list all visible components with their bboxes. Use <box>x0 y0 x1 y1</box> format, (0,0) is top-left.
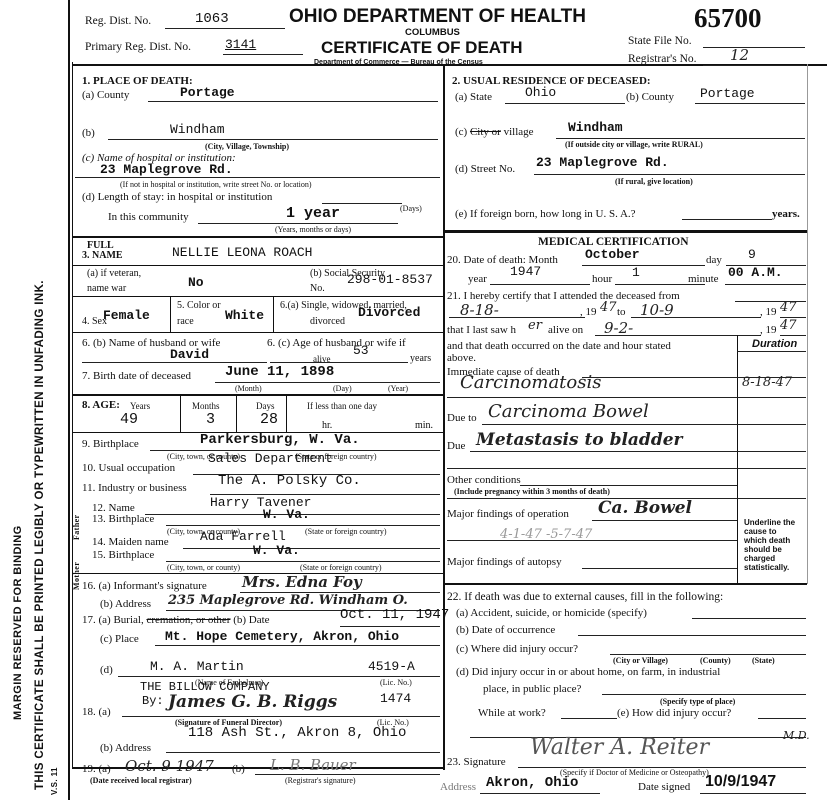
form-left-border <box>68 0 70 800</box>
burial-place-label: (c) Place <box>100 633 139 645</box>
burial-place: Mt. Hope Cemetery, Akron, Ohio <box>165 630 399 644</box>
immediate-cause-line-2 <box>447 397 806 398</box>
age-days-value: 28 <box>260 413 278 427</box>
mother-state-caption: (State or foreign country) <box>300 563 382 572</box>
death-city-caption: (City, Village, Township) <box>205 142 289 151</box>
rule-medical-end <box>445 583 807 585</box>
mother-birthplace-line <box>166 561 440 562</box>
occupation-value: Sales Department <box>208 452 333 466</box>
birth-date: June 11, 1898 <box>225 365 334 379</box>
birthplace-value: Parkersburg, W. Va. <box>200 433 360 447</box>
form-left-inner-border <box>72 62 73 767</box>
occupation-label: 10. Usual occupation <box>82 462 175 474</box>
community-caption: (Years, months or days) <box>275 225 351 234</box>
res-county-value: Portage <box>700 87 755 101</box>
registrar-line <box>703 65 805 66</box>
father-birthplace-label: 13. Birthplace <box>92 513 154 525</box>
sex-value: Female <box>103 309 150 323</box>
due-to-2-line <box>470 451 806 452</box>
embalmer-license: 4519-A <box>368 660 415 674</box>
mother-name-label: 14. Maiden name <box>92 536 169 548</box>
res-state-value: Ohio <box>525 86 556 100</box>
place-of-death-heading: 1. PLACE OF DEATH: <box>82 75 193 87</box>
death-county-line <box>148 101 438 102</box>
full-name: NELLIE LEONA ROACH <box>172 246 312 260</box>
mother-birthplace-label: 15. Birthplace <box>92 549 154 561</box>
rule-sex <box>170 296 171 332</box>
duration-column-border <box>737 335 738 583</box>
industry-value: The A. Polsky Co. <box>218 474 361 488</box>
funeral-director-line <box>122 716 440 717</box>
external-a-line <box>692 618 806 619</box>
due-to-label: Due to <box>447 412 477 424</box>
death-year-line <box>490 284 590 285</box>
immediate-duration: 8-18-47 <box>742 375 792 391</box>
dept-title: OHIO DEPARTMENT OF HEALTH <box>289 6 586 28</box>
age-hr-label: hr. <box>322 420 332 432</box>
physician-sig-label: 23. Signature <box>447 756 506 768</box>
father-group-label: Father <box>72 514 81 540</box>
physician-date-label: Date signed <box>638 781 690 793</box>
death-city-label: (b) <box>82 127 95 139</box>
external-c-state: (State) <box>752 656 775 665</box>
operation-line <box>592 520 737 521</box>
operation-label: Major findings of operation <box>447 508 569 520</box>
father-birthplace-value: W. Va. <box>263 508 310 522</box>
res-county-line <box>695 103 805 104</box>
res-city-value: Windham <box>568 121 623 135</box>
duration-header-line <box>737 351 806 352</box>
hospital-value: 23 Maplegrove Rd. <box>100 163 233 177</box>
res-city-label: (c) City or village <box>455 126 534 138</box>
mother-city-caption: (City, town, or county) <box>167 563 240 572</box>
age-min-label: min. <box>415 420 433 432</box>
res-state-label: (a) State <box>455 91 492 103</box>
attended-to-label: to <box>617 306 626 318</box>
other-conditions-line <box>520 485 737 486</box>
birthplace-label: 9. Birthplace <box>82 438 139 450</box>
underline-note: Underline the cause to which death shoul… <box>744 518 800 572</box>
mother-name-line <box>183 548 440 549</box>
external-how-label: (e) How did injury occur? <box>617 707 731 719</box>
informant-addr-label: (b) Address <box>100 598 151 610</box>
physician-date-signed: 10/9/1947 <box>705 773 776 791</box>
attended-from-year: 47 <box>600 300 617 316</box>
mother-birthplace-value: W. Va. <box>253 544 300 558</box>
death-county-value: Portage <box>180 86 235 100</box>
due-to: Carcinoma Bowel <box>488 404 649 420</box>
veteran-label-1: (a) if veteran, <box>87 268 141 280</box>
rule-age-2 <box>236 396 237 432</box>
spouse-value: David <box>170 348 209 362</box>
physician-signature: Walter A. Reiter <box>530 740 709 756</box>
external-d-label-2: place, in public place? <box>483 683 581 695</box>
rule-veteran <box>72 296 444 297</box>
informant-signature: Mrs. Edna Foy <box>242 574 362 590</box>
attended-to-year: 47 <box>780 300 797 316</box>
last-saw-year: 47 <box>780 318 797 334</box>
physician-md: M.D. <box>783 728 810 744</box>
days-caption: (Days) <box>400 204 422 213</box>
community-label: In this community <box>108 211 189 223</box>
hospital-line <box>75 177 440 178</box>
due-to-2: Metastasis to bladder <box>476 432 682 448</box>
foreign-label: (e) If foreign born, how long in U. S. A… <box>455 208 636 220</box>
embalmer-lic-caption: (Lic. No.) <box>380 678 412 687</box>
name-label: 3. NAME <box>82 250 123 262</box>
external-d-caption: (Specify type of place) <box>660 697 735 706</box>
burial-place-line <box>155 645 440 646</box>
reg-dist-value: 1063 <box>195 12 229 26</box>
external-c-line <box>610 654 806 655</box>
rule-age-1 <box>180 396 181 432</box>
rule-sex-row <box>72 332 444 333</box>
funeral-address: 118 Ash St., Akron 8, Ohio <box>188 726 406 740</box>
res-street-value: 23 Maplegrove Rd. <box>536 156 669 170</box>
funeral-director-license: 1474 <box>380 692 411 706</box>
funeral-by-label: By: <box>142 694 164 708</box>
death-year-label: year <box>468 273 487 285</box>
physician-sig-caption: (Specify if Doctor of Medicine or Osteop… <box>560 768 709 777</box>
death-hour: 1 <box>632 266 640 280</box>
last-saw-date: 9-2- <box>604 320 633 336</box>
death-minute-line <box>725 284 806 285</box>
ssn-value: 298-01-8537 <box>347 273 433 287</box>
operation-findings: Ca. Bowel <box>598 500 692 516</box>
spouse-line <box>82 362 267 363</box>
burial-date: Oct. 11, 1947 <box>340 608 449 622</box>
mother-group-label: Mother <box>72 562 81 590</box>
spouse-age-value: 53 <box>353 344 369 358</box>
autopsy-label: Major findings of autopsy <box>447 556 562 568</box>
marital-label-2: divorced <box>310 316 345 328</box>
certificate-number: 65700 <box>694 3 762 34</box>
autopsy-line <box>582 568 737 569</box>
birth-day-caption: (Day) <box>333 384 352 393</box>
community-line <box>198 223 398 224</box>
external-d-label-1: (d) Did injury occur in or about home, o… <box>456 666 720 678</box>
certificate-subtitle: Department of Commerce — Bureau of the C… <box>314 59 483 66</box>
external-c-label: (c) Where did injury occur? <box>456 643 578 655</box>
external-work-label: While at work? <box>478 707 546 719</box>
res-state-line <box>505 103 625 104</box>
death-minute-label: minute <box>688 273 719 285</box>
death-month: October <box>585 248 640 262</box>
funeral-director-signature: James G. B. Riggs <box>168 694 337 710</box>
res-city-line <box>556 138 805 139</box>
informant-sig-label: 16. (a) Informant's signature <box>82 580 207 592</box>
age-months-value: 3 <box>206 413 215 427</box>
external-d-line <box>602 694 806 695</box>
reg-dist-line <box>165 28 285 29</box>
state-file-label: State File No. <box>628 35 692 47</box>
external-a-label: (a) Accident, suicide, or homicide (spec… <box>456 607 647 619</box>
color-label-2: race <box>177 316 194 328</box>
registrar-date-label: 19. (a) <box>82 763 111 775</box>
state-file-line <box>703 47 805 48</box>
father-state-caption: (State or foreign country) <box>305 527 387 536</box>
res-city-caption: (If outside city or village, write RURAL… <box>565 140 703 149</box>
burial-label: 17. (a) Burial, cremation, or other (b) … <box>82 614 270 626</box>
physician-address: Akron, Ohio <box>486 776 578 790</box>
death-hour-label: hour <box>592 273 612 285</box>
right-edge-rule <box>807 64 808 584</box>
attended-from: 8-18- <box>460 302 499 318</box>
embalmer-line <box>118 676 440 677</box>
last-saw-pronoun: er <box>528 318 542 334</box>
attended-from-year-prefix: , 19 <box>580 306 597 318</box>
birth-year-caption: (Year) <box>388 384 408 393</box>
margin-note-ink: THIS CERTIFICATE SHALL BE PRINTED LEGIBL… <box>34 280 46 790</box>
stay-label: (d) Length of stay: in hospital or insti… <box>82 191 272 203</box>
death-month-line <box>582 265 705 266</box>
rule-birth <box>72 394 444 396</box>
form-code: V.S. 11 <box>50 767 59 795</box>
veteran-value: No <box>188 276 204 290</box>
attended-to: 10-9 <box>640 302 674 318</box>
hospital-caption: (If not in hospital or institution, writ… <box>120 180 312 189</box>
alive-on-label: alive on <box>548 324 583 336</box>
attended-to-year-prefix: , 19 <box>760 306 777 318</box>
primary-reg-line <box>223 54 303 55</box>
form-center-divider <box>443 64 445 770</box>
funeral-addr-line <box>166 752 440 753</box>
death-city-line <box>108 139 438 140</box>
external-heading: 22. If death was due to external causes,… <box>447 591 723 603</box>
father-birthplace-line <box>166 525 440 526</box>
last-saw-year-prefix: , 19 <box>760 324 777 336</box>
birth-month-caption: (Month) <box>235 384 262 393</box>
reg-dist-label: Reg. Dist. No. <box>85 15 151 27</box>
death-year: 1947 <box>510 265 541 279</box>
res-street-label: (d) Street No. <box>455 163 515 175</box>
rule-color <box>273 296 274 332</box>
registrar-sig-line <box>255 774 440 775</box>
spouse-age-label: 6. (c) Age of husband or wife if <box>267 337 406 349</box>
due-spacer-line <box>447 468 806 469</box>
color-value: White <box>225 309 264 323</box>
community-value: 1 year <box>286 207 340 221</box>
margin-note-binding: MARGIN RESERVED FOR BINDING <box>12 525 24 720</box>
death-date-label: 20. Date of death: Month <box>447 254 558 266</box>
physician-addr-line <box>480 793 600 794</box>
rule-age-3 <box>286 396 287 432</box>
embalmer-label: (d) <box>100 664 113 676</box>
funeral-addr-label: (b) Address <box>100 742 151 754</box>
external-work-line <box>561 718 617 719</box>
due-to-2-label: Due <box>447 440 465 452</box>
occurred-label-1: and that death occurred on the date and … <box>447 340 671 352</box>
section-rule-2 <box>445 230 807 233</box>
primary-reg-label: Primary Reg. Dist. No. <box>85 41 191 53</box>
rule-name <box>72 265 444 266</box>
binding-margin: MARGIN RESERVED FOR BINDING THIS CERTIFI… <box>0 0 62 800</box>
res-county-label: (b) County <box>626 91 674 103</box>
primary-reg-value: 3141 <box>225 38 256 52</box>
physician-date-line <box>700 793 806 794</box>
certificate-title: CERTIFICATE OF DEATH <box>321 38 522 58</box>
color-label-1: 5. Color or <box>177 300 221 312</box>
spouse-years-label: years <box>410 353 431 365</box>
foreign-line <box>682 219 772 220</box>
ssn-label-2: No. <box>310 283 325 295</box>
due-to-line <box>482 424 806 425</box>
birth-line <box>215 382 440 383</box>
external-b-line <box>578 635 806 636</box>
age-less-label: If less than one day <box>307 400 377 412</box>
death-county-label: (a) County <box>82 89 129 101</box>
death-day-label: day <box>706 254 722 266</box>
death-minute: 00 A.M. <box>728 266 783 280</box>
age-label: 8. AGE: <box>82 399 120 411</box>
burial-date-line <box>340 626 440 627</box>
birth-label: 7. Birth date of deceased <box>82 370 191 382</box>
veteran-label-2: name war <box>87 283 126 295</box>
immediate-cause: Carcinomatosis <box>460 375 601 391</box>
operation-rule <box>447 540 737 541</box>
res-street-caption: (If rural, give location) <box>615 177 693 186</box>
section-rule-1 <box>72 236 444 238</box>
external-how-line <box>758 718 806 719</box>
res-street-line <box>534 174 805 175</box>
foreign-years-label: years. <box>772 208 800 220</box>
registrar-sig-label: (b) <box>232 763 245 775</box>
occurred-label-2: above. <box>447 352 476 364</box>
other-conditions-caption: (Include pregnancy within 3 months of de… <box>454 487 610 496</box>
dept-city: COLUMBUS <box>405 27 460 38</box>
last-saw-year-line <box>780 335 806 336</box>
external-b-label: (b) Date of occurrence <box>456 624 555 636</box>
registrar-date-caption: (Date received local registrar) <box>90 776 192 785</box>
mother-name-value: Ada Farrell <box>200 530 286 544</box>
funeral-label: 18. (a) <box>82 706 111 718</box>
death-day: 9 <box>748 248 756 262</box>
stay-hospital-line <box>322 203 402 204</box>
registrar-label: Registrar's No. <box>628 53 697 65</box>
duration-header: Duration <box>752 338 797 350</box>
registrar-date-received: Oct. 9 1947 <box>125 758 214 774</box>
last-saw-label: that I last saw h <box>447 324 516 336</box>
age-years-value: 49 <box>120 413 138 427</box>
external-c-county: (County) <box>700 656 731 665</box>
registrar-sig-caption: (Registrar's signature) <box>285 776 356 785</box>
spouse-age-line <box>270 362 408 363</box>
registrar-value: 12 <box>730 47 749 63</box>
physician-addr-label: Address <box>440 781 476 793</box>
external-c-city: (City or Village) <box>613 656 668 665</box>
other-conditions-label: Other conditions <box>447 474 521 486</box>
death-city-value: Windham <box>170 123 225 137</box>
embalmer-name: M. A. Martin <box>150 660 244 674</box>
registrar-signature: L. B. Bauer <box>270 757 356 773</box>
marital-value: Divorced <box>358 306 420 320</box>
industry-label: 11. Industry or business <box>82 482 187 494</box>
